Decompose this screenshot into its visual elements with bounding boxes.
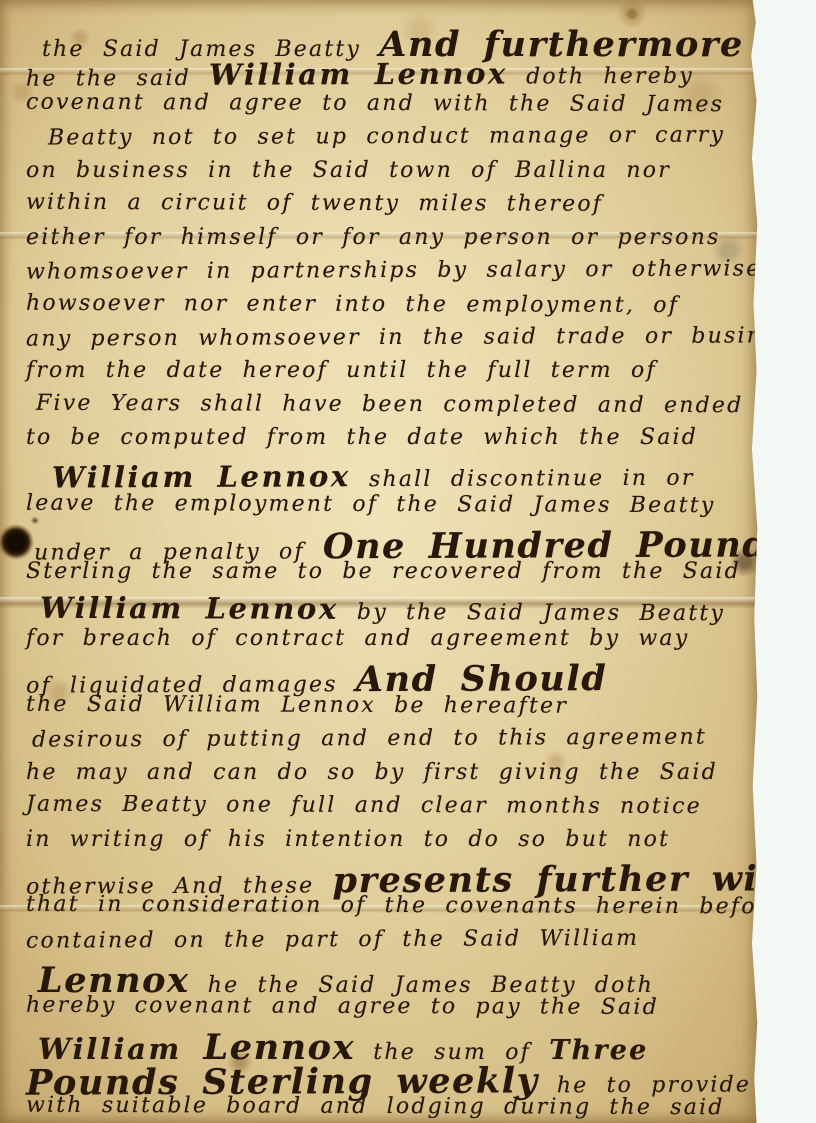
manuscript-line: Beatty not to set up conduct manage or c… xyxy=(26,123,756,160)
manuscript-line: William Lennox the sum of Three xyxy=(26,1027,756,1060)
manuscript-line: desirous of putting and end to this agre… xyxy=(26,725,756,762)
manuscript-line: for breach of contract and agreement by … xyxy=(26,626,756,659)
manuscript-text-segment: on business in the Said town of Ballina … xyxy=(26,158,671,183)
manuscript-text-segment: contained on the part of the Said Willia… xyxy=(26,926,639,954)
manuscript-text-segment: howsoever nor enter into the employment,… xyxy=(26,290,679,317)
manuscript-text-segment: whomsoever in partnerships by salary or … xyxy=(26,256,758,284)
manuscript-text-segment: with suitable board and lodging during t… xyxy=(26,1093,725,1120)
manuscript-text-segment: hereby covenant and agree to pay the Sai… xyxy=(26,992,659,1019)
manuscript-text-segment: William Lennox xyxy=(52,459,351,494)
manuscript-text-segment: he may and can do so by first giving the… xyxy=(26,760,718,785)
manuscript-text-segment: desirous of putting and end to this agre… xyxy=(32,725,707,753)
manuscript-line: the Said William Lennox be hereafter xyxy=(26,691,756,727)
manuscript-line: William Lennox shall discontinue in or xyxy=(26,457,756,494)
manuscript-text-segment: the Said William Lennox be hereafter xyxy=(26,691,568,718)
manuscript-line: under a penalty of One Hundred Pounds xyxy=(26,524,756,561)
manuscript-text-segment: William Lennox xyxy=(209,57,508,92)
manuscript-line: whomsoever in partnerships by salary or … xyxy=(26,256,756,293)
manuscript-line: howsoever nor enter into the employment,… xyxy=(26,290,756,326)
manuscript-text-segment: One Hundred Pounds xyxy=(323,524,758,567)
manuscript-line: James Beatty one full and clear months n… xyxy=(26,792,756,828)
manuscript-lines: the Said James Beatty And furthermorehe … xyxy=(26,24,756,1123)
manuscript-text-segment: Beatty not to set up conduct manage or c… xyxy=(48,123,725,151)
manuscript-text-segment: he the said xyxy=(26,66,209,92)
manuscript-line: from the date hereof until the full term… xyxy=(26,358,756,391)
manuscript-text-segment: James Beatty one full and clear months n… xyxy=(26,792,702,819)
manuscript-text-segment: for breach of contract and agreement by … xyxy=(26,626,689,651)
manuscript-text-segment: to be computed from the date which the S… xyxy=(26,425,698,450)
scanned-page: the Said James Beatty And furthermorehe … xyxy=(0,0,816,1123)
manuscript-line: he may and can do so by first giving the… xyxy=(26,760,756,793)
manuscript-line: otherwise And these presents further wit… xyxy=(26,858,756,895)
manuscript-text-segment: William Lennox xyxy=(40,591,339,626)
manuscript-line: the Said James Beatty And furthermore xyxy=(26,24,756,57)
manuscript-line: with suitable board and lodging during t… xyxy=(26,1093,756,1123)
manuscript-text-segment: from the date hereof until the full term… xyxy=(26,358,657,383)
manuscript-line: Lennox he the Said James Beatty doth xyxy=(26,960,756,993)
manuscript-text-segment: within a circuit of twenty miles thereof xyxy=(26,190,603,217)
manuscript-line: contained on the part of the Said Willia… xyxy=(26,925,756,962)
manuscript-text-segment: leave the employment of the Said James B… xyxy=(26,491,716,518)
manuscript-line: Five Years shall have been completed and… xyxy=(26,391,756,427)
manuscript-line: hereby covenant and agree to pay the Sai… xyxy=(26,992,756,1028)
manuscript-text-segment: under a penalty of xyxy=(34,539,323,565)
manuscript-text-segment: shall discontinue in or xyxy=(351,465,695,491)
manuscript-text-segment: either for himself or for any person or … xyxy=(26,225,720,250)
manuscript-text-segment: by the Said James Beatty xyxy=(339,600,725,626)
manuscript-line: Pounds Sterling weekly he to provide him… xyxy=(26,1059,756,1096)
manuscript-text-segment: any person whomsoever in the said trade … xyxy=(26,323,758,351)
manuscript-line: of liquidated damages And Should xyxy=(26,658,756,695)
paper-sheet: the Said James Beatty And furthermorehe … xyxy=(0,0,758,1123)
manuscript-line: leave the employment of the Said James B… xyxy=(26,491,756,527)
manuscript-text-segment: covenant and agree to and with the Said … xyxy=(26,90,724,117)
manuscript-line: he the said William Lennox doth hereby xyxy=(26,56,756,93)
manuscript-line: to be computed from the date which the S… xyxy=(26,425,756,458)
manuscript-text-segment: in writing of his intention to do so but… xyxy=(26,827,670,852)
manuscript-line: covenant and agree to and with the Said … xyxy=(26,90,756,126)
manuscript-line: William Lennox by the Said James Beatty xyxy=(26,591,756,627)
manuscript-text-segment: Five Years shall have been completed and… xyxy=(36,391,743,418)
manuscript-line: on business in the Said town of Ballina … xyxy=(26,158,756,191)
manuscript-text-segment: doth hereby xyxy=(508,64,694,90)
manuscript-line: that in consideration of the covenants h… xyxy=(26,892,756,928)
manuscript-line: any person whomsoever in the said trade … xyxy=(26,323,756,360)
manuscript-line: in writing of his intention to do so but… xyxy=(26,827,756,860)
manuscript-text-segment: that in consideration of the covenants h… xyxy=(26,892,758,920)
manuscript-line: either for himself or for any person or … xyxy=(26,225,756,258)
manuscript-line: within a circuit of twenty miles thereof xyxy=(26,190,756,226)
